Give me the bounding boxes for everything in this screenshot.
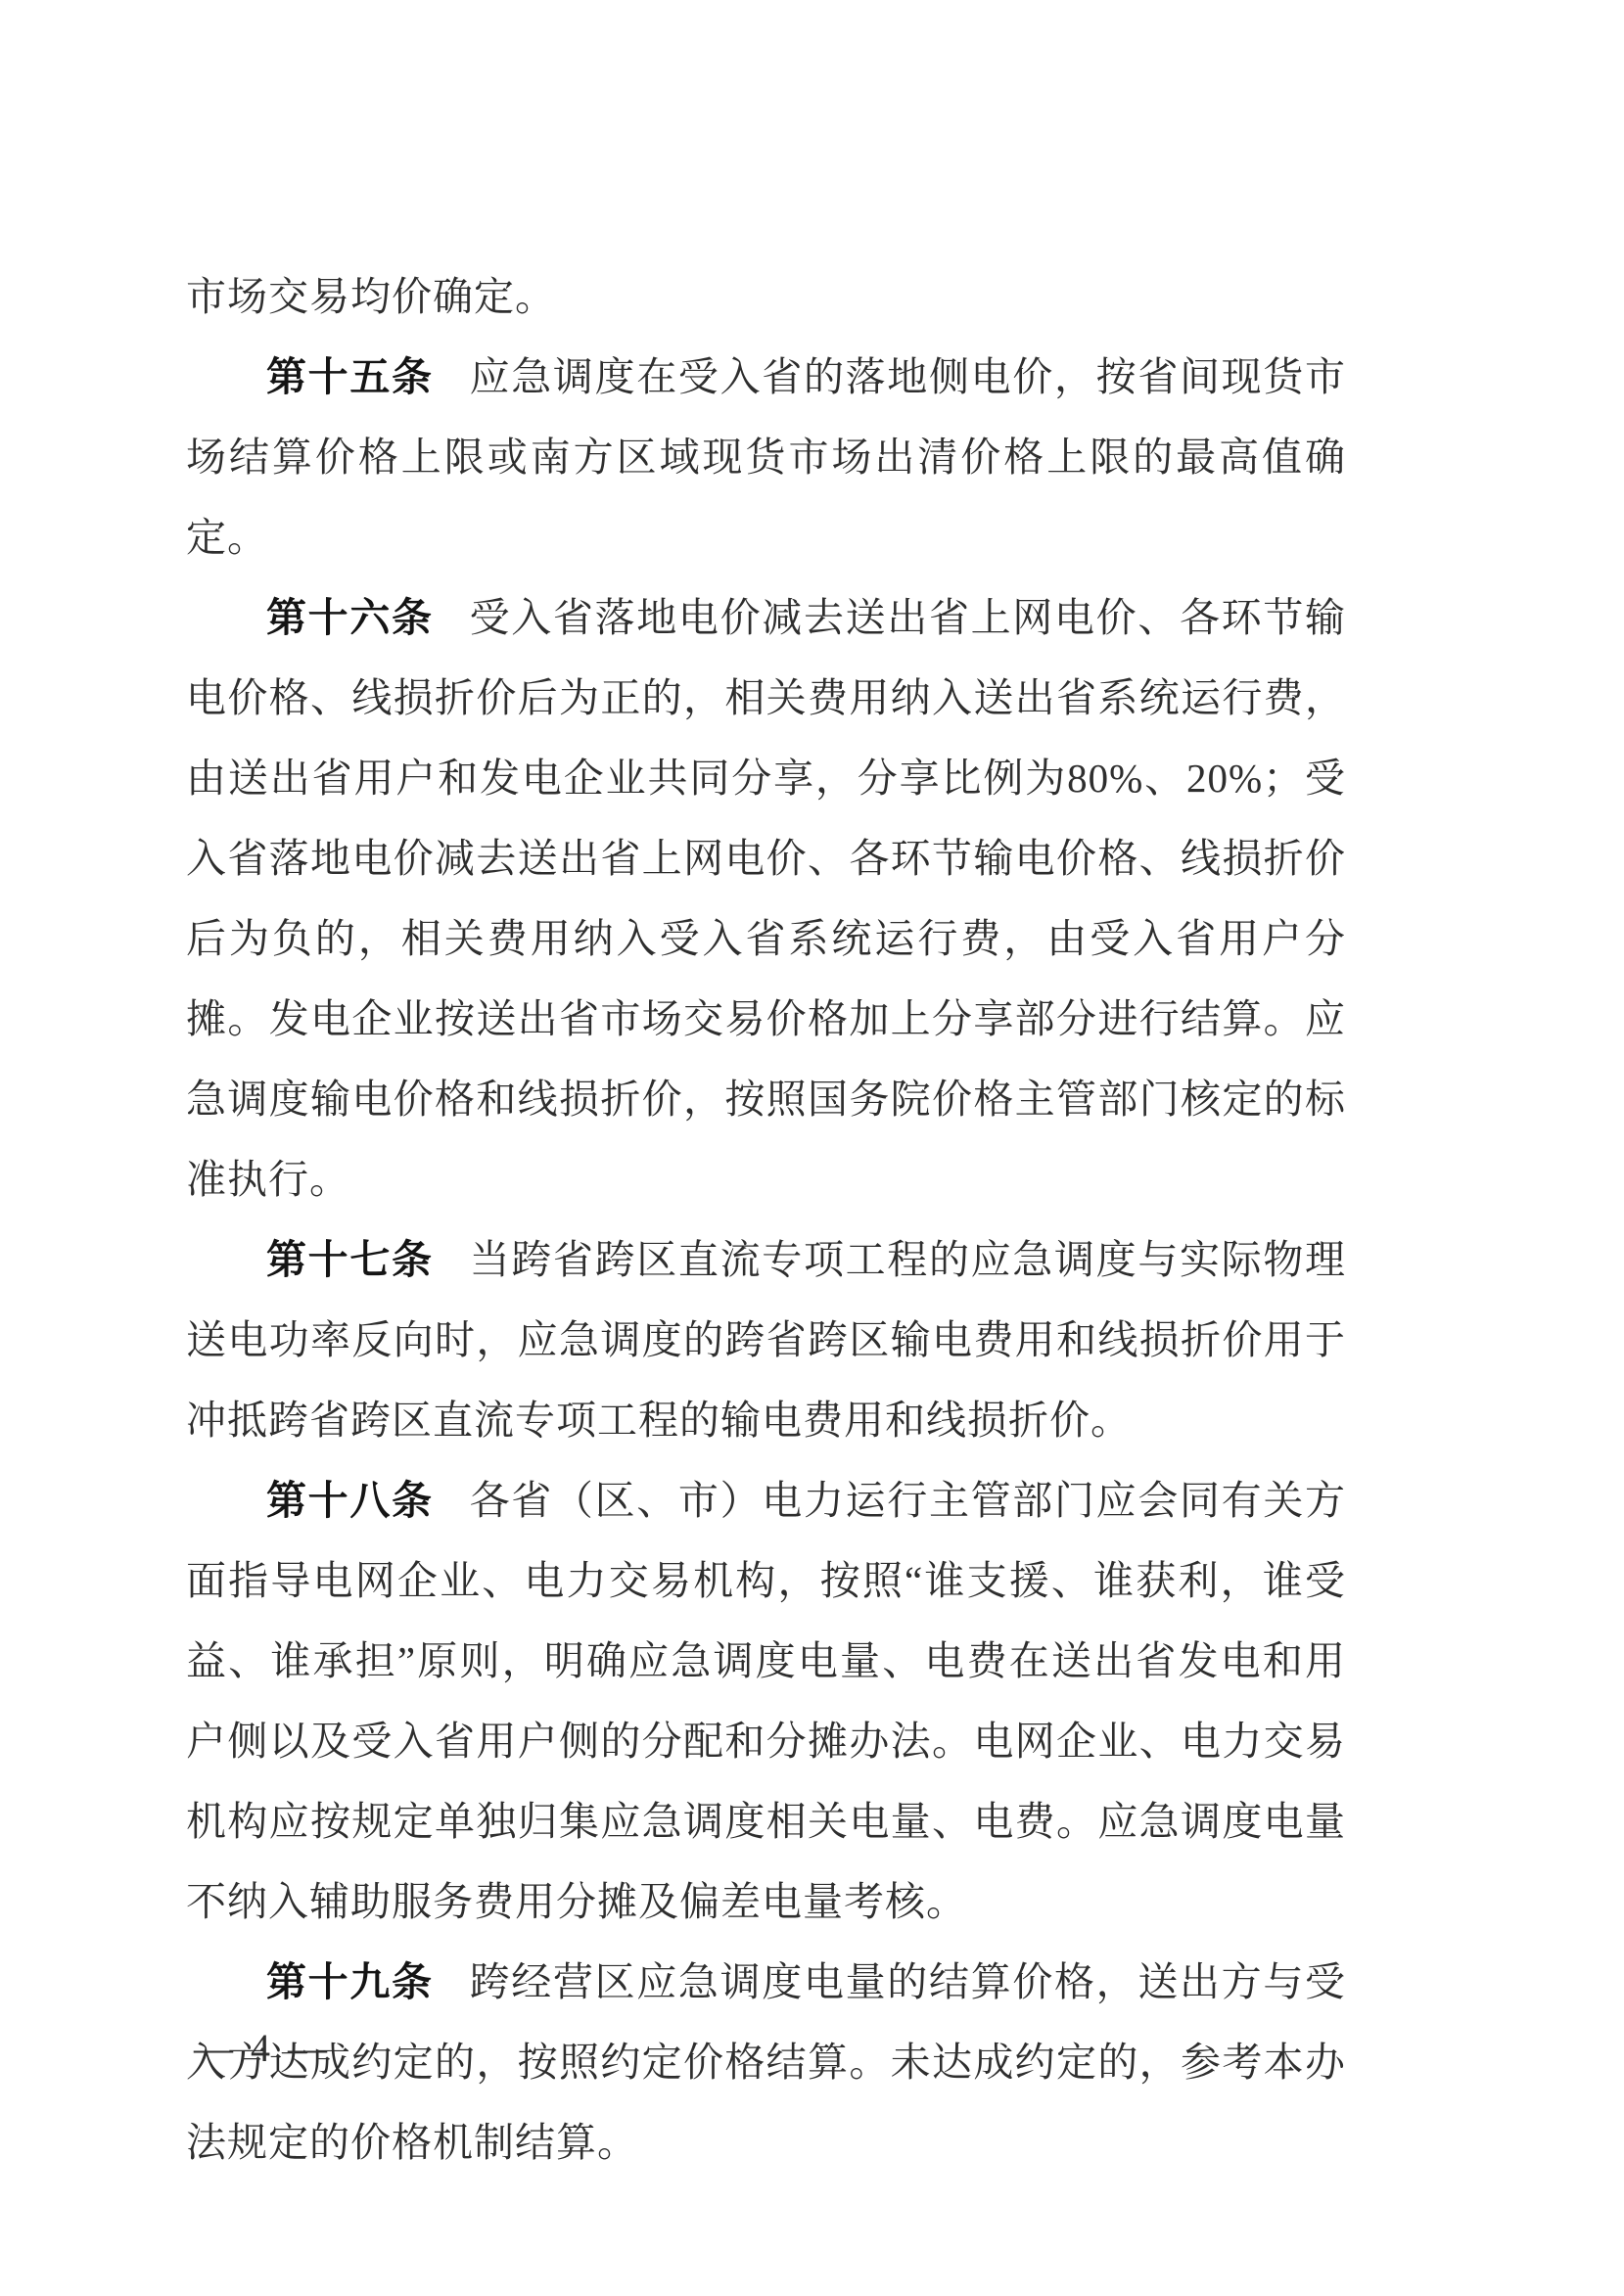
- page-number: — 4 —: [194, 2014, 331, 2083]
- paragraph-text: 受入省落地电价减去送出省上网电价、各环节输电价格、线损折价后为正的，相关费用纳入…: [186, 595, 1346, 1202]
- paragraph: 第十六条受入省落地电价减去送出省上网电价、各环节输电价格、线损折价后为正的，相关…: [186, 577, 1346, 1219]
- paragraph-text: 各省（区、市）电力运行主管部门应会同有关方面指导电网企业、电力交易机构，按照“谁…: [186, 1478, 1346, 1924]
- scanned-document-page: 市场交易均价确定。 第十五条应急调度在受入省的落地侧电价，按省间现货市场结算价格…: [0, 0, 1624, 2296]
- paragraph: 第十七条当跨省跨区直流专项工程的应急调度与实际物理送电功率反向时，应急调度的跨省…: [186, 1219, 1346, 1460]
- document-page: 市场交易均价确定。 第十五条应急调度在受入省的落地侧电价，按省间现货市场结算价格…: [186, 256, 1346, 2182]
- article-number: 第十六条: [266, 595, 434, 640]
- article-number: 第十七条: [266, 1237, 434, 1282]
- article-number: 第十八条: [266, 1478, 434, 1523]
- paragraph: 第十五条应急调度在受入省的落地侧电价，按省间现货市场结算价格上限或南方区域现货市…: [186, 337, 1346, 577]
- paragraph: 第十八条各省（区、市）电力运行主管部门应会同有关方面指导电网企业、电力交易机构，…: [186, 1460, 1346, 1942]
- paragraph-text: 市场交易均价确定。: [186, 274, 556, 319]
- article-number: 第十九条: [266, 1959, 434, 2004]
- article-number: 第十五条: [266, 354, 434, 399]
- paragraph: 第十九条跨经营区应急调度电量的结算价格，送出方与受入方达成约定的，按照约定价格结…: [186, 1942, 1346, 2182]
- paragraph: 市场交易均价确定。: [186, 256, 1346, 337]
